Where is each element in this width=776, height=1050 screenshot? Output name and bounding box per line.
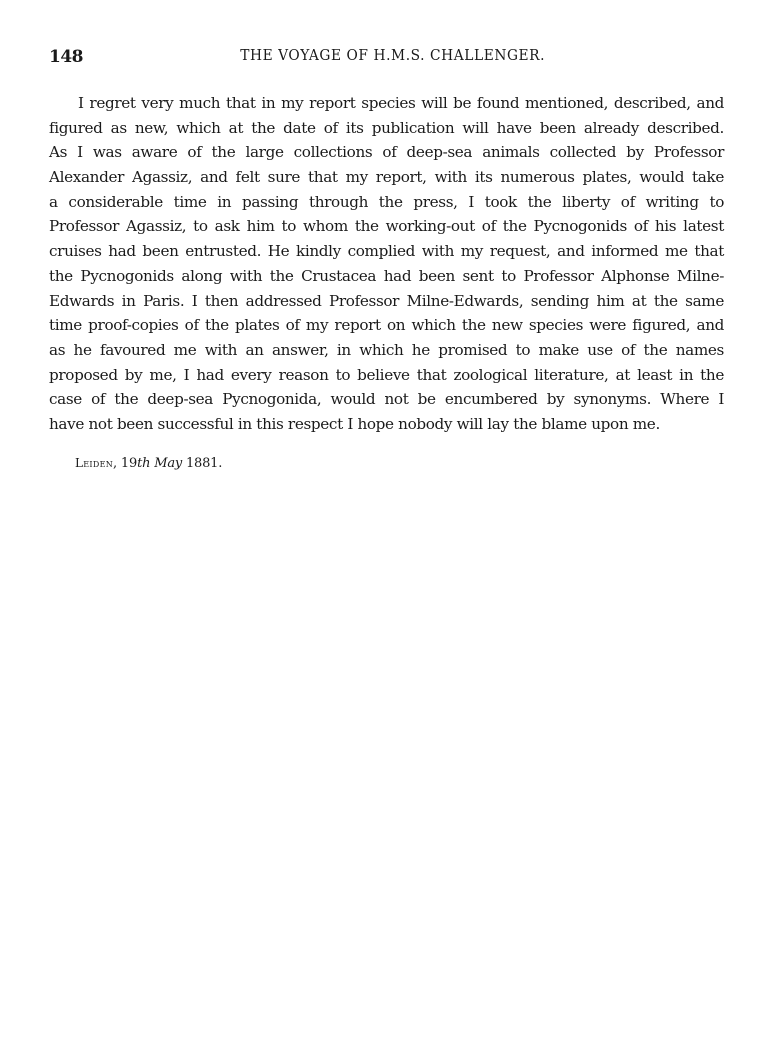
paragraph-line: a considerable time in passing through t… bbox=[49, 190, 724, 215]
signature-year: 1881. bbox=[186, 456, 222, 471]
running-head-title: THE VOYAGE OF H.M.S. CHALLENGER. bbox=[66, 48, 706, 64]
paragraph-line: As I was aware of the large collections … bbox=[49, 140, 724, 165]
signature-day: 19 bbox=[121, 456, 137, 471]
paragraph-line: the Pycnogonids along with the Crustacea… bbox=[49, 264, 724, 289]
signature-month: May bbox=[154, 456, 182, 471]
body-paragraph: I regret very much that in my report spe… bbox=[49, 91, 724, 437]
paragraph-line: time proof-copies of the plates of my re… bbox=[49, 313, 724, 338]
signature-day-suffix: th bbox=[137, 456, 150, 471]
paragraph-line: cruises had been entrusted. He kindly co… bbox=[49, 239, 724, 264]
signature-dateline: Leiden, 19th May 1881. bbox=[75, 456, 222, 471]
running-head: 148 THE VOYAGE OF H.M.S. CHALLENGER. bbox=[49, 47, 723, 69]
paragraph-line: have not been successful in this respect… bbox=[49, 412, 724, 437]
paragraph-line: I regret very much that in my report spe… bbox=[49, 91, 724, 116]
paragraph-line: Professor Agassiz, to ask him to whom th… bbox=[49, 214, 724, 239]
signature-place: Leiden bbox=[75, 456, 113, 470]
paragraph-line: Alexander Agassiz, and felt sure that my… bbox=[49, 165, 724, 190]
signature-separator: , bbox=[113, 456, 121, 471]
paragraph-line: Edwards in Paris. I then addressed Profe… bbox=[49, 289, 724, 314]
paragraph-line: case of the deep-sea Pycnogonida, would … bbox=[49, 387, 724, 412]
paragraph-line: figured as new, which at the date of its… bbox=[49, 116, 724, 141]
paragraph-line: proposed by me, I had every reason to be… bbox=[49, 363, 724, 388]
document-page: 148 THE VOYAGE OF H.M.S. CHALLENGER. I r… bbox=[0, 0, 776, 1050]
paragraph-line: as he favoured me with an answer, in whi… bbox=[49, 338, 724, 363]
